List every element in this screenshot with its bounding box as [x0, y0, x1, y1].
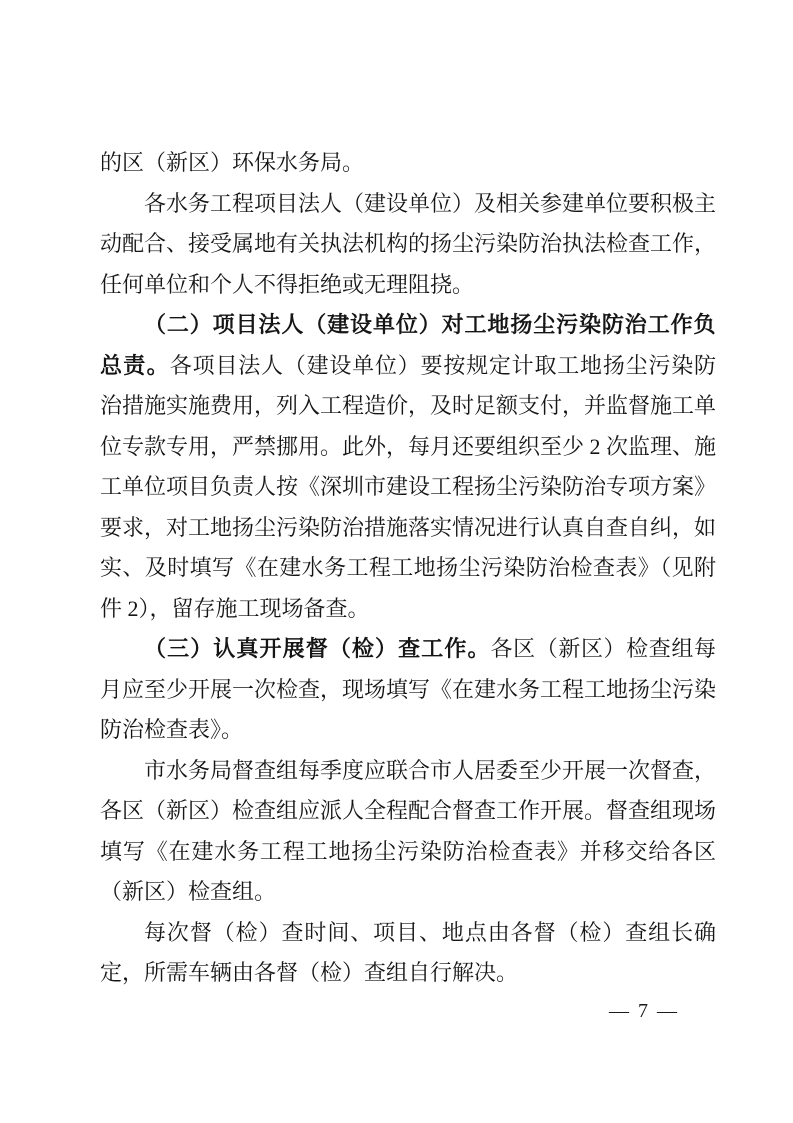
document-page: 的区（新区）环保水务局。各水务工程项目法人（建设单位）及相关参建单位要积极主动配… [0, 0, 793, 1123]
paragraph: 市水务局督查组每季度应联合市人居委至少开展一次督查，各区（新区）检查组应派人全程… [100, 751, 716, 913]
paragraph-lead-bold: （三）认真开展督（检）查工作。 [144, 636, 491, 661]
paragraph-text: 市水务局督查组每季度应联合市人居委至少开展一次督查，各区（新区）检查组应派人全程… [100, 758, 716, 905]
paragraph-text: 每次督（检）查时间、项目、地点由各督（检）查组长确定，所需车辆由各督（检）查组自… [100, 920, 716, 986]
paragraph: （二）项目法人（建设单位）对工地扬尘污染防治工作负总责。各项目法人（建设单位）要… [100, 305, 716, 629]
paragraph: （三）认真开展督（检）查工作。各区（新区）检查组每月应至少开展一次检查，现场填写… [100, 629, 716, 751]
paragraph: 的区（新区）环保水务局。 [100, 143, 716, 184]
document-body: 的区（新区）环保水务局。各水务工程项目法人（建设单位）及相关参建单位要积极主动配… [100, 143, 716, 994]
paragraph: 各水务工程项目法人（建设单位）及相关参建单位要积极主动配合、接受属地有关执法机构… [100, 184, 716, 306]
paragraph-text: 各项目法人（建设单位）要按规定计取工地扬尘污染防治措施实施费用，列入工程造价，及… [100, 353, 716, 621]
paragraph-text: 各水务工程项目法人（建设单位）及相关参建单位要积极主动配合、接受属地有关执法机构… [100, 191, 716, 297]
page-number: — 7 — [609, 1000, 679, 1023]
paragraph: 每次督（检）查时间、项目、地点由各督（检）查组长确定，所需车辆由各督（检）查组自… [100, 913, 716, 994]
paragraph-text: 的区（新区）环保水务局。 [100, 150, 364, 175]
